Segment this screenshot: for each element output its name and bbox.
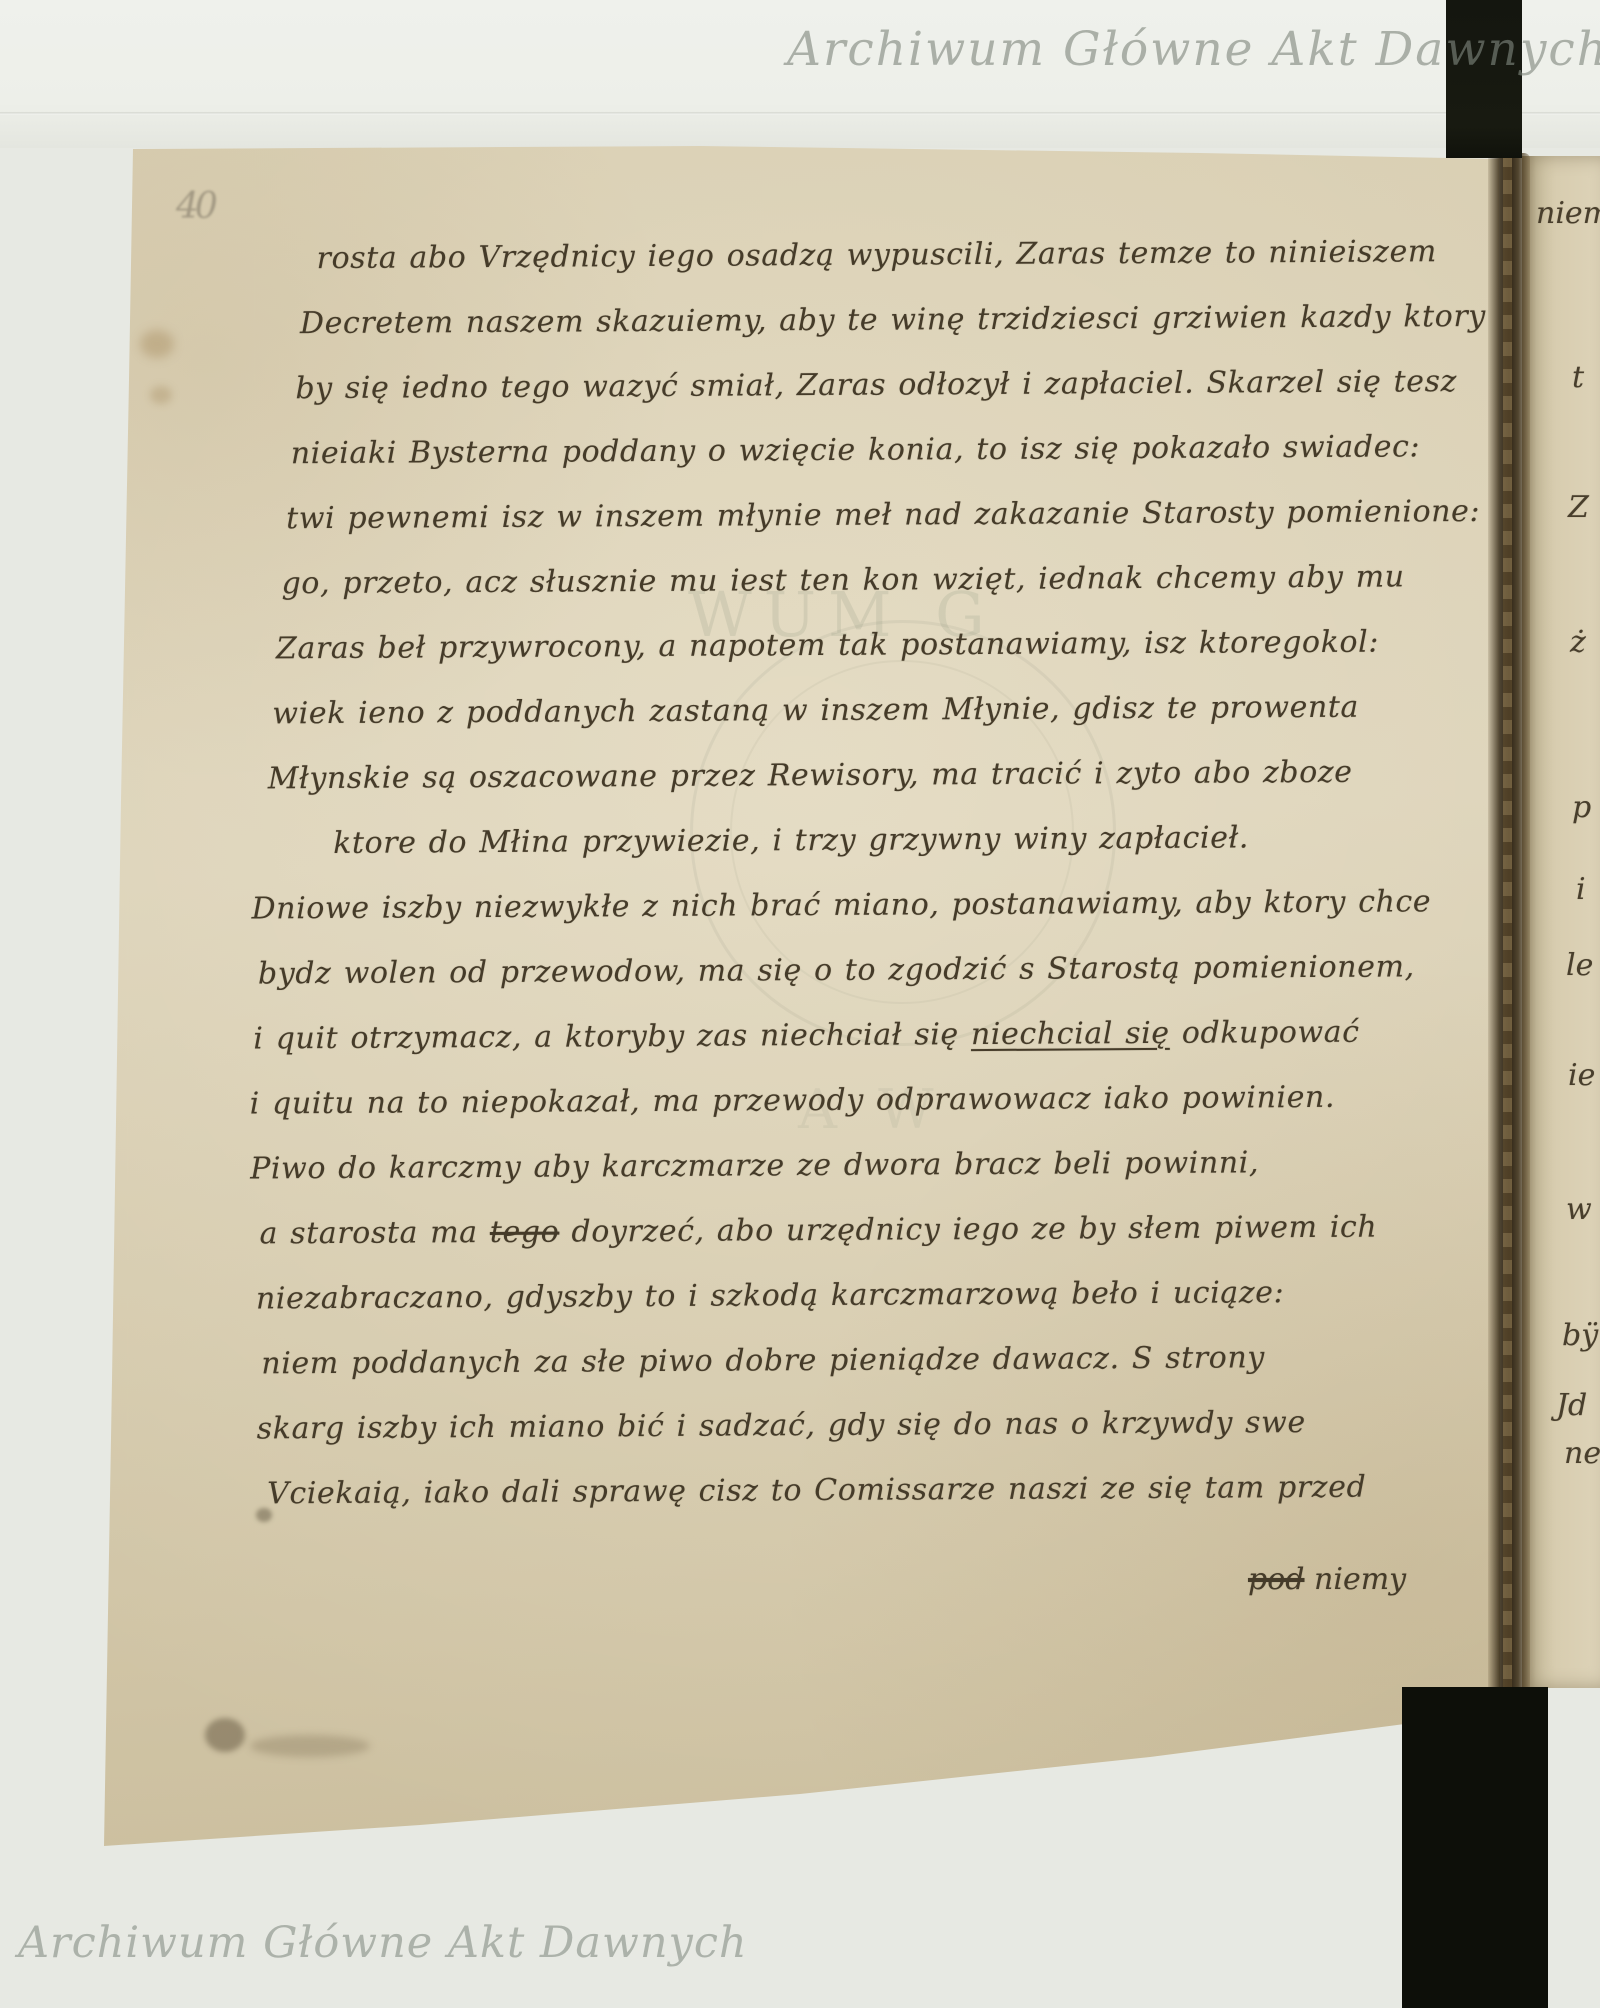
facing-page-fragment: bÿ <box>1562 1318 1598 1353</box>
black-tape-bar-bottom <box>1402 1687 1548 2008</box>
text-segment: doyrzeć, abo urzędnicy iego ze by słem p… <box>559 1210 1377 1250</box>
text-segment: odkupować <box>1170 1015 1360 1051</box>
struck-text: pod <box>1248 1562 1304 1597</box>
text-segment: a starosta ma <box>259 1215 490 1251</box>
catchword-text: niemy <box>1314 1562 1406 1597</box>
text-line: Dniowe iszby niezwykłe z nich brać miano… <box>251 884 1431 926</box>
text-line: rosta abo Vrzędnicy iego osadzą wypuscil… <box>316 234 1437 276</box>
facing-page-fragment: ż <box>1570 625 1586 660</box>
facing-page-fragment: i <box>1576 872 1586 907</box>
text-line: Piwo do karczmy aby karczmarze ze dwora … <box>250 1145 1259 1186</box>
archive-watermark-bottom: Archiwum Główne Akt Dawnych <box>18 1918 748 1968</box>
text-line-with-underline: i quit otrzymacz, a ktoryby zas niechcia… <box>253 1015 1360 1057</box>
text-line-with-strikethrough: a starosta ma tego doyrzeć, abo urzędnic… <box>259 1210 1377 1252</box>
text-line: niezabraczano, gdyszby to i szkodą karcz… <box>256 1275 1285 1316</box>
facing-page-fragment: t <box>1572 360 1584 395</box>
text-line: bydz wolen od przewodow, ma się o to zgo… <box>258 949 1415 991</box>
text-line: twi pewnemi isz w inszem młynie meł nad … <box>286 494 1480 536</box>
facing-page-fragment: Z <box>1568 490 1589 525</box>
text-line: Młynskie są oszacowane przez Rewisory, m… <box>268 755 1353 797</box>
text-line: wiek ieno z poddanych zastaną w inszem M… <box>272 690 1359 732</box>
catchword: pod niemy <box>1248 1562 1406 1597</box>
binding-thread <box>1503 153 1512 1715</box>
black-tape-bar-top <box>1446 0 1522 158</box>
facing-page-fragment: p <box>1572 790 1591 825</box>
manuscript-scan: WUM G A W 40 rosta abo Vrzędnicy iego os… <box>0 0 1600 2008</box>
text-line: by się iedno tego wazyć smiał, Zaras odł… <box>295 364 1457 406</box>
text-line: skarg iszby ich miano bić i sadzać, gdy … <box>257 1405 1306 1446</box>
facing-page-fragment: niemÿ <box>1536 196 1600 231</box>
facing-page-fragment: le <box>1566 948 1593 983</box>
facing-page-fragment: Jd <box>1556 1388 1587 1423</box>
text-line: Vciekaią, iako dali sprawę cisz to Comis… <box>267 1470 1366 1512</box>
backing-sheet-top <box>0 0 1600 148</box>
facing-page-fragment: ie <box>1568 1058 1595 1093</box>
text-line: Decretem naszem skazuiemy, aby te winę t… <box>300 299 1486 341</box>
binding-gutter <box>1488 153 1530 1715</box>
text-line: go, przeto, acz słusznie mu iest ten kon… <box>281 559 1404 601</box>
text-line: i quitu na to niepokazał, ma przewody od… <box>250 1080 1336 1122</box>
text-segment: i quit otrzymacz, a ktoryby zas niechcia… <box>253 1017 971 1056</box>
text-line: niem poddanych za słe piwo dobre pieniąd… <box>261 1340 1265 1381</box>
backing-sheet-crease <box>0 112 1600 115</box>
text-line: ktore do Młina przywiezie, i trzy grzywn… <box>333 820 1249 861</box>
folio-number-pencil: 40 <box>176 186 214 227</box>
underlined-text: niechcial się <box>971 1016 1170 1052</box>
facing-page-fragment: ne <box>1564 1436 1600 1471</box>
text-line: Zaras beł przywrocony, a napotem tak pos… <box>276 625 1379 667</box>
text-line: nieiaki Bysterna poddany o wzięcie konia… <box>291 429 1421 471</box>
struck-text: tego <box>490 1215 560 1250</box>
facing-page-fragment: w <box>1566 1192 1592 1227</box>
